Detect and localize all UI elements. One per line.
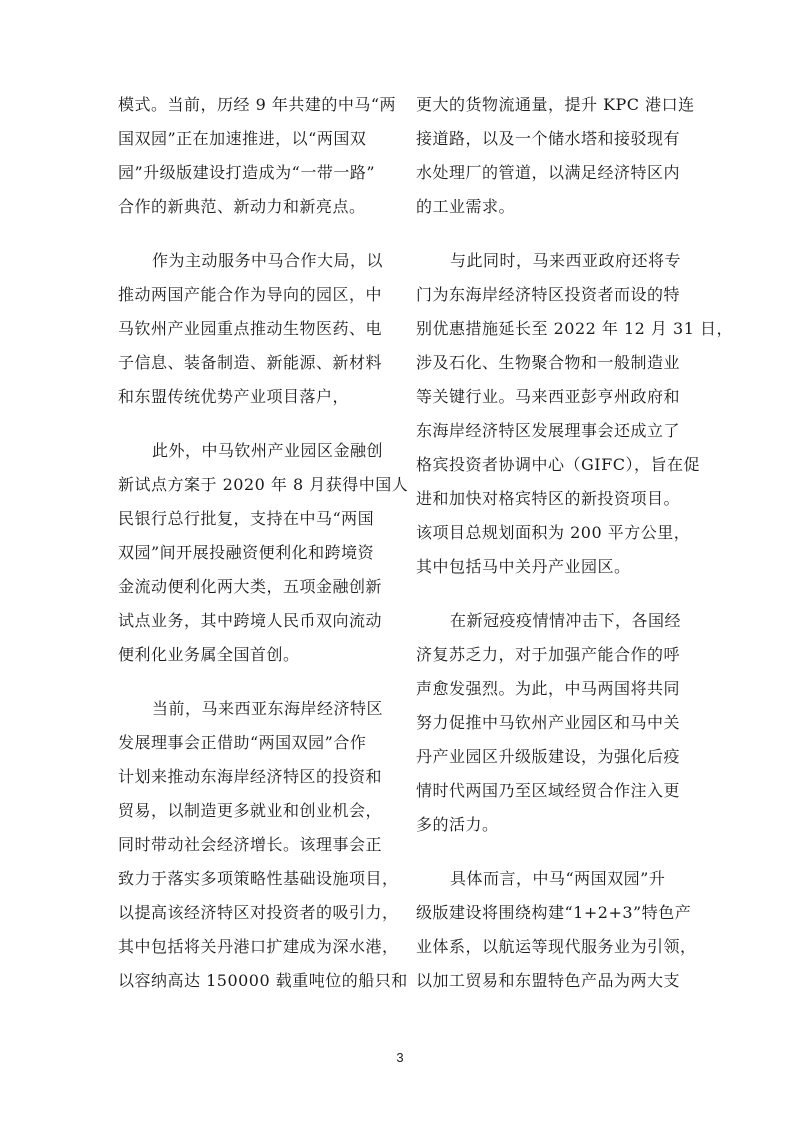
text-line: 马钦州产业园重点推动生物医药、电 <box>118 312 386 346</box>
text-line: 金流动便利化两大类，五项金融创新 <box>118 570 386 604</box>
text-line: 推动两国产能合作为导向的园区，中 <box>118 278 386 312</box>
text-line: 水处理厂的管道，以满足经济特区内 <box>416 156 684 190</box>
paragraph: 当前，马来西亚东海岸经济特区 发展理事会正借助“两国双园”合作 计划来推动东海岸… <box>118 692 386 998</box>
text-line: 丹产业园区升级版建设，为强化后疫 <box>416 740 684 774</box>
text-line: 计划来推动东海岸经济特区的投资和 <box>118 760 386 794</box>
text-line: 接道路，以及一个储水塔和接驳现有 <box>416 122 684 156</box>
text-line: 新试点方案于 2020 年 8 月获得中国人 <box>118 468 386 502</box>
text-line: 和东盟传统优势产业项目落户， <box>118 380 386 414</box>
text-line: 贸易，以制造更多就业和创业机会， <box>118 794 386 828</box>
text-line: 东海岸经济特区发展理事会还成立了 <box>416 414 684 448</box>
text-line: 以加工贸易和东盟特色产品为两大支 <box>416 964 684 998</box>
text-line: 当前，马来西亚东海岸经济特区 <box>118 692 386 726</box>
text-line: 其中包括将关丹港口扩建成为深水港， <box>118 930 386 964</box>
text-line: 情时代两国乃至区域经贸合作注入更 <box>416 774 684 808</box>
paragraph: 模式。当前，历经 9 年共建的中马“两 国双园”正在加速推进，以“两国双 园”升… <box>118 88 386 224</box>
text-line: 业体系，以航运等现代服务业为引领， <box>416 930 684 964</box>
text-line: 子信息、装备制造、新能源、新材料 <box>118 346 386 380</box>
right-column: 更大的货物流通量，提升 KPC 港口连 接道路，以及一个储水塔和接驳现有 水处理… <box>416 88 684 1018</box>
text-line: 级版建设将围绕构建“1+2+3”特色产 <box>416 896 684 930</box>
text-line: 的工业需求。 <box>416 190 684 224</box>
left-column: 模式。当前，历经 9 年共建的中马“两 国双园”正在加速推进，以“两国双 园”升… <box>118 88 386 1018</box>
text-line: 多的活力。 <box>416 808 684 842</box>
text-line: 作为主动服务中马合作大局，以 <box>118 244 386 278</box>
paragraph: 此外，中马钦州产业园区金融创 新试点方案于 2020 年 8 月获得中国人 民银… <box>118 434 386 672</box>
text-line: 便利化业务属全国首创。 <box>118 638 386 672</box>
paragraph: 与此同时，马来西亚政府还将专 门为东海岸经济特区投资者而设的特 别优惠措施延长至… <box>416 244 684 584</box>
text-line: 以提高该经济特区对投资者的吸引力， <box>118 896 386 930</box>
paragraph: 作为主动服务中马合作大局，以 推动两国产能合作为导向的园区，中 马钦州产业园重点… <box>118 244 386 414</box>
text-line: 济复苏乏力，对于加强产能合作的呼 <box>416 638 684 672</box>
text-line: 涉及石化、生物聚合物和一般制造业 <box>416 346 684 380</box>
paragraph: 更大的货物流通量，提升 KPC 港口连 接道路，以及一个储水塔和接驳现有 水处理… <box>416 88 684 224</box>
text-line: 在新冠疫疫情情冲击下，各国经 <box>416 604 684 638</box>
text-line: 进和加快对格宾特区的新投资项目。 <box>416 482 684 516</box>
text-line: 以容纳高达 150000 载重吨位的船只和 <box>118 964 386 998</box>
text-line: 双园”间开展投融资便利化和跨境资 <box>118 536 386 570</box>
text-line: 具体而言，中马“两国双园”升 <box>416 862 684 896</box>
paragraph: 在新冠疫疫情情冲击下，各国经 济复苏乏力，对于加强产能合作的呼 声愈发强烈。为此… <box>416 604 684 842</box>
paragraph: 具体而言，中马“两国双园”升 级版建设将围绕构建“1+2+3”特色产 业体系，以… <box>416 862 684 998</box>
text-line: 此外，中马钦州产业园区金融创 <box>118 434 386 468</box>
text-line: 试点业务，其中跨境人民币双向流动 <box>118 604 386 638</box>
text-line: 致力于落实多项策略性基础设施项目， <box>118 862 386 896</box>
text-line: 该项目总规划面积为 200 平方公里， <box>416 516 684 550</box>
text-line: 努力促推中马钦州产业园区和马中关 <box>416 706 684 740</box>
text-line: 格宾投资者协调中心（GIFC），旨在促 <box>416 448 684 482</box>
text-line: 门为东海岸经济特区投资者而设的特 <box>416 278 684 312</box>
text-line: 同时带动社会经济增长。该理事会正 <box>118 828 386 862</box>
text-line: 合作的新典范、新动力和新亮点。 <box>118 190 386 224</box>
text-line: 声愈发强烈。为此，中马两国将共同 <box>416 672 684 706</box>
text-line: 其中包括马中关丹产业园区。 <box>416 550 684 584</box>
text-line: 国双园”正在加速推进，以“两国双 <box>118 122 386 156</box>
text-line: 与此同时，马来西亚政府还将专 <box>416 244 684 278</box>
text-line: 更大的货物流通量，提升 KPC 港口连 <box>416 88 684 122</box>
text-line: 发展理事会正借助“两国双园”合作 <box>118 726 386 760</box>
text-line: 园”升级版建设打造成为“一带一路” <box>118 156 386 190</box>
text-line: 别优惠措施延长至 2022 年 12 月 31 日， <box>416 312 684 346</box>
text-line: 民银行总行批复，支持在中马“两国 <box>118 502 386 536</box>
page-number: 3 <box>0 1050 800 1065</box>
document-page: 模式。当前，历经 9 年共建的中马“两 国双园”正在加速推进，以“两国双 园”升… <box>0 0 800 1130</box>
text-line: 等关键行业。马来西亚彭亨州政府和 <box>416 380 684 414</box>
text-line: 模式。当前，历经 9 年共建的中马“两 <box>118 88 386 122</box>
